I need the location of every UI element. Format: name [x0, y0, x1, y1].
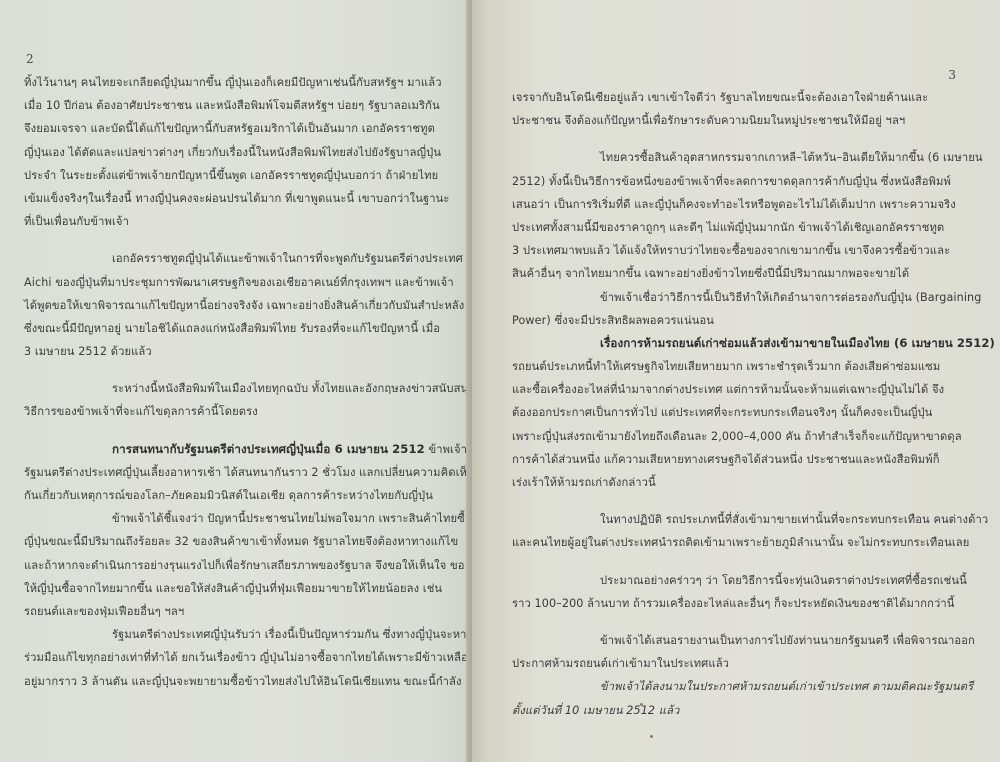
text-line: ญี่ปุ่นขณะนี้มีปริมาณถึงร้อยละ 32 ของสิน… [24, 530, 472, 553]
text-line: ข้าพเจ้าได้ชี้แจงว่า ปัญหานี้ประชาชนไทยไ… [24, 507, 472, 530]
text-line: Aichi ของญี่ปุ่นที่มาประชุมการพัฒนาเศรษฐ… [24, 271, 472, 294]
paragraph: เอกอัครราชทูตญี่ปุ่นได้แนะข้าพเจ้าในการท… [24, 247, 472, 363]
text-line: ระหว่างนี้หนังสือพิมพ์ในเมืองไทยทุกฉบับ … [24, 377, 472, 400]
text-line: ข้าพเจ้าได้ลงนามในประกาศห้ามรถยนต์เก่าเข… [512, 675, 948, 698]
text-line: ในทางปฏิบัติ รถประเภทนี้ที่สั่งเข้ามาขาย… [512, 508, 948, 531]
heading-date: (6 เมษายน 2512) [890, 336, 995, 350]
paragraph-section-heading: การสนทนากับรัฐมนตรีต่างประเทศญี่ปุ่นเมื่… [24, 438, 472, 508]
text-line: และซื้อเครื่องอะไหล่ที่นำมาจากต่างประเทศ… [512, 378, 948, 401]
text-line: ต้องออกประกาศเป็นการทั่วไป แต่ประเทศที่จ… [512, 401, 948, 424]
text-line: ทิ้งไว้นานๆ คนไทยจะเกลียดญี่ปุ่นมากขึ้น … [24, 71, 472, 94]
text-line: วิธีการของข้าพเจ้าที่จะแก้ไขดุลการค้านี้… [24, 400, 472, 423]
book-spread: 2 ทิ้งไว้นานๆ คนไทยจะเกลียดญี่ปุ่นมากขึ้… [0, 0, 1000, 762]
text-line: ซึ่งขณะนี้มีปัญหาอยู่ นายไอชิได้แถลงแก่ห… [24, 317, 472, 340]
text-line: ประจำ ในระยะตั้งแต่ข้าพเจ้ายกปัญหานี้ขึ้… [24, 164, 472, 187]
text-line: จึงยอมเจรจา และบัดนี้ได้แก้ไขปัญหานี้กับ… [24, 117, 472, 140]
paragraph: เจรจากับอินโดนีเซียอยู่แล้ว เขาเข้าใจดีว… [512, 86, 948, 132]
text-line: รถยนต์ประเภทนี้ทำให้เศรษฐกิจไทยเสียหายมา… [512, 355, 948, 378]
text-line: ได้พูดขอให้เขาพิจารณาแก้ไขปัญหานี้อย่างจ… [24, 294, 472, 317]
paragraph: ข้าพเจ้าได้เสนอรายงานเป็นทางการไปยังท่าน… [512, 629, 948, 675]
paragraph: ระหว่างนี้หนังสือพิมพ์ในเมืองไทยทุกฉบับ … [24, 377, 472, 423]
text-line: 2512) ทั้งนี้เป็นวิธีการข้อหนึ่งของข้าพเ… [512, 170, 948, 193]
paper-speck [640, 703, 643, 706]
text-line: รถยนต์และของฟุ่มเฟือยอื่นๆ ฯลฯ [24, 600, 472, 623]
text-line: ราว 100–200 ล้านบาท ถ้ารวมเครื่องอะไหล่แ… [512, 592, 948, 615]
text-line: เจรจากับอินโดนีเซียอยู่แล้ว เขาเข้าใจดีว… [512, 86, 948, 109]
paragraph: ประมาณอย่างคร่าวๆ ว่า โดยวิธีการนี้จะทุ่… [512, 569, 948, 615]
paper-speck [650, 735, 653, 738]
left-page-body: ทิ้งไว้นานๆ คนไทยจะเกลียดญี่ปุ่นมากขึ้น … [24, 71, 472, 693]
text-line: อยู่มากราว 3 ล้านตัน และญี่ปุ่นจะพยายามซ… [24, 670, 472, 693]
text-line: ให้ญี่ปุ่นซื้อจากไทยมากขึ้น และขอให้ส่งส… [24, 577, 472, 600]
text-line: 3 ประเทศมาพบแล้ว ได้แจ้งให้ทราบว่าไทยจะซ… [512, 239, 948, 262]
text-line: ญี่ปุ่นเอง ได้ตัดและแปลข่าวต่างๆ เกี่ยวก… [24, 141, 472, 164]
text-line: เข้มแข็งจริงๆในเรื่องนี้ ทางญี่ปุ่นคงจะผ… [24, 187, 472, 210]
text-line: เมื่อ 10 ปีก่อน ต้องอาศัยประชาชน และหนัง… [24, 94, 472, 117]
paragraph-italic-note: ข้าพเจ้าได้ลงนามในประกาศห้ามรถยนต์เก่าเข… [512, 675, 948, 721]
page-number-right: 3 [948, 68, 956, 82]
text-line: และคนไทยผู้อยู่ในต่างประเทศนำรถติดเข้ามา… [512, 531, 948, 554]
paragraph-section-heading: เรื่องการห้ามรถยนต์เก่าซ่อมแล้วส่งเข้ามา… [512, 332, 948, 494]
section-heading: การสนทนากับรัฐมนตรีต่างประเทศญี่ปุ่นเมื่… [112, 442, 425, 456]
left-page: 2 ทิ้งไว้นานๆ คนไทยจะเกลียดญี่ปุ่นมากขึ้… [0, 0, 472, 762]
text-line: ประเทศทั้งสามนี้มีของราคาถูกๆ และดีๆ ไม่… [512, 216, 948, 239]
text-line: เพราะญี่ปุ่นส่งรถเข้ามายังไทยถึงเดือนละ … [512, 425, 948, 448]
text-line: ที่เป็นเพื่อนกับข้าพเจ้า [24, 210, 472, 233]
text-line: 3 เมษายน 2512 ด้วยแล้ว [24, 340, 472, 363]
paragraph: ข้าพเจ้าเชื่อว่าวิธีการนี้เป็นวิธีทำให้เ… [512, 286, 948, 332]
text-line: ประกาศห้ามรถยนต์เก่าเข้ามาในประเทศแล้ว [512, 652, 948, 675]
paragraph: ในทางปฏิบัติ รถประเภทนี้ที่สั่งเข้ามาขาย… [512, 508, 948, 554]
text-line: รัฐมนตรีต่างประเทศญี่ปุ่นเลี้ยงอาหารเช้า… [24, 461, 472, 484]
text-line: เสนอว่า เป็นการริเริ่มที่ดี และญี่ปุ่นก็… [512, 193, 948, 216]
section-heading: เรื่องการห้ามรถยนต์เก่าซ่อมแล้วส่งเข้ามา… [600, 336, 890, 350]
text-line: เรื่องการห้ามรถยนต์เก่าซ่อมแล้วส่งเข้ามา… [512, 332, 948, 355]
text-line: เอกอัครราชทูตญี่ปุ่นได้แนะข้าพเจ้าในการท… [24, 247, 472, 270]
text-line: เร่งเร้าให้ห้ามรถเก่าดังกล่าวนี้ [512, 471, 948, 494]
text-line: สินค้าอื่นๆ จากไทยมากขึ้น เฉพาะอย่างยิ่ง… [512, 262, 948, 285]
text-line: และถ้าหากจะดำเนินการอย่างรุนแรงไปก็เพื่อ… [24, 554, 472, 577]
right-page-body: เจรจากับอินโดนีเซียอยู่แล้ว เขาเข้าใจดีว… [512, 86, 948, 722]
right-page: 3 เจรจากับอินโดนีเซียอยู่แล้ว เขาเข้าใจด… [472, 0, 1000, 762]
text-line: ร่วมมือแก้ไขทุกอย่างเท่าที่ทำได้ ยกเว้นเ… [24, 646, 472, 669]
heading-tail: ข้าพเจ้าได้รับ [425, 443, 472, 456]
text-line: ไทยควรซื้อสินค้าอุตสาหกรรมจากเกาหลี–ไต้ห… [512, 146, 948, 169]
page-number-left: 2 [26, 52, 34, 66]
text-line: ตั้งแต่วันที่ 10 เมษายน 2512 แล้ว [512, 699, 948, 722]
text-line: ประชาชน จึงต้องแก้ปัญหานี้เพื่อรักษาระดั… [512, 109, 948, 132]
paragraph: รัฐมนตรีต่างประเทศญี่ปุ่นรับว่า เรื่องนี… [24, 623, 472, 693]
paragraph: ไทยควรซื้อสินค้าอุตสาหกรรมจากเกาหลี–ไต้ห… [512, 146, 948, 285]
paragraph: ทิ้งไว้นานๆ คนไทยจะเกลียดญี่ปุ่นมากขึ้น … [24, 71, 472, 233]
text-line: ประมาณอย่างคร่าวๆ ว่า โดยวิธีการนี้จะทุ่… [512, 569, 948, 592]
text-line: ข้าพเจ้าได้เสนอรายงานเป็นทางการไปยังท่าน… [512, 629, 948, 652]
text-line: กันเกี่ยวกับเหตุการณ์ของโลก–ภัยคอมมิวนิส… [24, 484, 472, 507]
paragraph: ข้าพเจ้าได้ชี้แจงว่า ปัญหานี้ประชาชนไทยไ… [24, 507, 472, 623]
text-line: ข้าพเจ้าเชื่อว่าวิธีการนี้เป็นวิธีทำให้เ… [512, 286, 948, 309]
text-line: การค้าได้ส่วนหนึ่ง แก้ความเสียหายทางเศรษ… [512, 448, 948, 471]
text-line: Power) ซึ่งจะมีประสิทธิผลพอควรแน่นอน [512, 309, 948, 332]
text-line: การสนทนากับรัฐมนตรีต่างประเทศญี่ปุ่นเมื่… [24, 438, 472, 461]
text-line: รัฐมนตรีต่างประเทศญี่ปุ่นรับว่า เรื่องนี… [24, 623, 472, 646]
